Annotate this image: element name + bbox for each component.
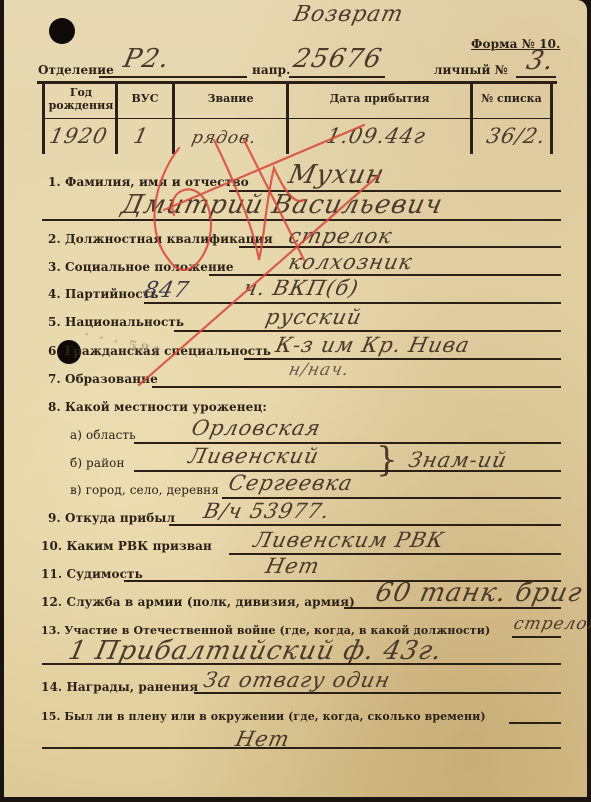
field-11-label: 11. Судимость — [41, 567, 143, 581]
field-4-underline — [144, 302, 561, 304]
field-11-value: Нет — [263, 554, 322, 578]
field-1-value-name: Дмитрий Васильевич — [119, 190, 446, 220]
field-10-label: 10. Каким РВК призван — [41, 539, 212, 553]
table-header-arrival-date: Дата прибытия — [289, 92, 470, 105]
field-6-value: К-з им Кр. Нива — [273, 333, 472, 357]
personal-number-label: личный № — [434, 63, 508, 77]
field-13-value: стрелок — [512, 614, 591, 634]
summary-table: Год рождения ВУС Звание Дата прибытия № … — [42, 82, 555, 157]
field-1-label: 1. Фамилия, имя и отчество — [48, 175, 249, 189]
table-cell-rank: рядов. — [190, 128, 259, 148]
field-12-label: 12. Служба в армии (полк, дивизия, армия… — [41, 595, 355, 609]
field-8c-label: в) город, село, деревня — [70, 483, 219, 497]
field-3-value: колхозник — [286, 250, 415, 274]
table-cell-vus: 1 — [131, 124, 150, 148]
field-12-underline — [344, 607, 561, 609]
direction-value: 25676 — [291, 44, 385, 74]
field-1-value-surname: Мухин — [286, 160, 388, 190]
field-8c-value: Сергеевка — [226, 471, 355, 495]
field-3-label: 3. Социальное положение — [48, 260, 234, 274]
table-cell-birth-year: 1920 — [47, 124, 110, 148]
field-2-value: стрелок — [286, 224, 394, 248]
field-8b-value: Ливенский — [186, 444, 321, 468]
field-5-label: 5. Национальность — [48, 315, 184, 329]
field-9-value: В/ч 53977. — [201, 499, 332, 523]
direction-label: напр. — [252, 63, 290, 77]
field-2-underline — [239, 246, 561, 248]
field-15-underline — [509, 722, 561, 724]
field-8b-label: б) район — [70, 456, 125, 470]
department-underline — [99, 76, 247, 78]
field-13-value-line2: 1 Прибалтийский ф. 43г. — [66, 636, 446, 666]
department-value: Р2. — [121, 44, 173, 74]
punch-hole-top — [49, 18, 75, 44]
field-2-label: 2. Должностная квалификация — [48, 232, 273, 246]
field-14-label: 14. Награды, ранения — [41, 680, 198, 694]
field-12-value: 60 танк. бриг — [373, 578, 585, 608]
field-5-value: русский — [263, 305, 364, 329]
field-13-underline-2 — [42, 663, 561, 665]
personal-number-underline — [516, 76, 556, 78]
field-8-brace: } — [376, 440, 399, 480]
table-cell-arrival-date: 1.09.44г — [324, 124, 428, 148]
field-1-underline-2 — [42, 219, 561, 221]
registration-card: Возврат Форма № 10. Отделение Р2. напр. … — [4, 0, 587, 797]
field-9-label: 9. Откуда прибыл — [48, 511, 175, 525]
field-8a-label: а) область — [70, 428, 136, 442]
table-header-rank: Звание — [175, 92, 286, 105]
department-label: Отделение — [38, 63, 114, 77]
field-13-underline — [512, 636, 561, 638]
field-14-value: За отвагу один — [201, 668, 392, 692]
table-cell-list-number: 36/2. — [484, 124, 548, 148]
field-7-value: н/нач. — [287, 360, 352, 380]
table-header-list-number: № списка — [473, 92, 550, 105]
field-8a-value: Орловская — [189, 416, 323, 440]
table-header-vus: ВУС — [118, 92, 172, 105]
top-annotation: Возврат — [291, 2, 406, 27]
field-5-underline — [174, 330, 561, 332]
field-4-margin-note: 847 — [141, 278, 191, 303]
field-15-label: 15. Был ли в плену или в окружении (где,… — [41, 710, 486, 723]
field-4-value: ч. ВКП(б) — [241, 276, 361, 300]
direction-underline — [289, 76, 385, 78]
field-15-underline-2 — [42, 747, 561, 749]
field-9-underline — [169, 524, 561, 526]
field-8b-side-note: Знам-ий — [406, 448, 509, 472]
table-border-right — [550, 82, 553, 154]
personal-number-value: 3. — [524, 46, 557, 76]
table-header-divider — [45, 118, 550, 119]
field-14-underline — [194, 692, 561, 694]
table-header-birth-year: Год рождения — [48, 86, 114, 112]
field-10-value: Ливенским РВК — [251, 528, 446, 552]
